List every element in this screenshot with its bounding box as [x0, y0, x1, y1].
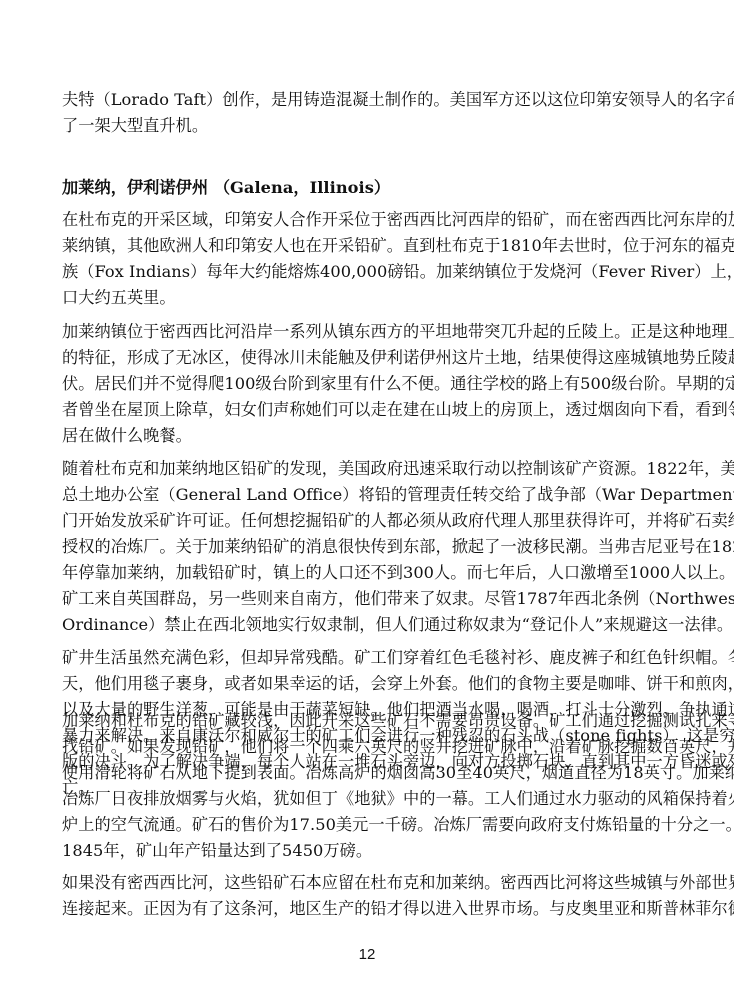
paragraph-line: 找铅矿。如果发现铅矿，他们将一个四乘六英尺的竖井挖进矿脉中，沿着矿脉挖掘数百英尺…	[62, 734, 734, 760]
paragraph-line: 加莱纳和杜布克的铅矿藏较浅，因此开采这些矿石不需要昂贵设备。矿工们通过挖掘测试孔…	[62, 708, 734, 734]
paragraph-line: 冶炼厂日夜排放烟雾与火焰，犹如但丁《地狱》中的一幕。工人们通过水力驱动的风箱保持…	[62, 786, 734, 812]
paragraph-line: 在杜布克的开采区域，印第安人合作开采位于密西西比河西岸的铅矿，而在密西西比河东岸…	[62, 207, 734, 233]
intro-line: 了一架大型直升机。	[62, 113, 208, 139]
paragraph-line: 居在做什么晚餐。	[62, 423, 192, 449]
paragraph-line: 炉上的空气流通。矿石的售价为17.50美元一千磅。冶炼厂需要向政府支付炼铅量的十…	[62, 812, 734, 838]
document-page: 夫特（Lorado Taft）创作，是用铸造混凝土制作的。美国军方还以这位印第安…	[0, 0, 734, 1000]
paragraph-line: 使用滑轮将矿石从地下提到表面。冶炼高炉的烟囱高30至40英尺，烟道直径为18英寸…	[62, 760, 734, 786]
paragraph-line: 如果没有密西西比河，这些铅矿石本应留在杜布克和加莱纳。密西西比河将这些城镇与外部…	[62, 870, 734, 896]
paragraph-line: 伏。居民们并不觉得爬100级台阶到家里有什么不便。通往学校的路上有500级台阶。…	[62, 371, 734, 397]
paragraph-line: 加莱纳镇位于密西西比河沿岸一系列从镇东西方的平坦地带突兀升起的丘陵上。正是这种地…	[62, 319, 734, 345]
paragraph-line: 族（Fox Indians）每年大约能熔炼400,000磅铅。加莱纳镇位于发烧河…	[62, 259, 734, 285]
paragraph-line: 1845年，矿山年产铅量达到了5450万磅。	[62, 838, 372, 864]
intro-line: 夫特（Lorado Taft）创作，是用铸造混凝土制作的。美国军方还以这位印第安…	[62, 87, 734, 113]
paragraph-line: 连接起来。正因为有了这条河，地区生产的铅才得以进入世界市场。与皮奥里亚和斯普林菲…	[62, 896, 734, 922]
paragraph-line: 莱纳镇，其他欧洲人和印第安人也在开采铅矿。直到杜布克于1810年去世时，位于河东…	[62, 233, 734, 259]
paragraph-line: 随着杜布克和加莱纳地区铅矿的发现，美国政府迅速采取行动以控制该矿产资源。1822…	[62, 456, 734, 482]
paragraph-line: 者曾坐在屋顶上除草，妇女们声称她们可以走在建在山坡上的房顶上，透过烟囱向下看，看…	[62, 397, 734, 423]
paragraph-line: 的特征，形成了无冰区，使得冰川未能触及伊利诺伊州这片土地，结果使得这座城镇地势丘…	[62, 345, 734, 371]
paragraph-line: 矿井生活虽然充满色彩，但却异常残酷。矿工们穿着红色毛毯衬衫、鹿皮裤子和红色针织帽…	[62, 645, 734, 671]
paragraph-line: 总土地办公室（General Land Office）将铅的管理责任转交给了战争…	[62, 482, 734, 508]
section-heading: 加莱纳，伊利诺伊州 （Galena，Illinois）	[62, 175, 390, 201]
page-number: 12	[0, 946, 734, 963]
paragraph-line: 授权的冶炼厂。关于加莱纳铅矿的消息很快传到东部，掀起了一波移民潮。当弗吉尼亚号在…	[62, 534, 734, 560]
paragraph-line: 天，他们用毯子裹身，或者如果幸运的话，会穿上外套。他们的食物主要是咖啡、饼干和煎…	[62, 671, 734, 697]
paragraph-line: Ordinance）禁止在西北领地实行奴隶制，但人们通过称奴隶为“登记仆人”来规…	[62, 612, 733, 638]
paragraph-line: 门开始发放采矿许可证。任何想挖掘铅矿的人都必须从政府代理人那里获得许可，并将矿石…	[62, 508, 734, 534]
paragraph-line: 口大约五英里。	[62, 285, 176, 311]
paragraph-line: 矿工来自英国群岛，另一些则来自南方，他们带来了奴隶。尽管1787年西北条例（No…	[62, 586, 734, 612]
paragraph-line: 年停靠加莱纳，加载铅矿时，镇上的人口还不到300人。而七年后，人口激增至1000…	[62, 560, 734, 586]
